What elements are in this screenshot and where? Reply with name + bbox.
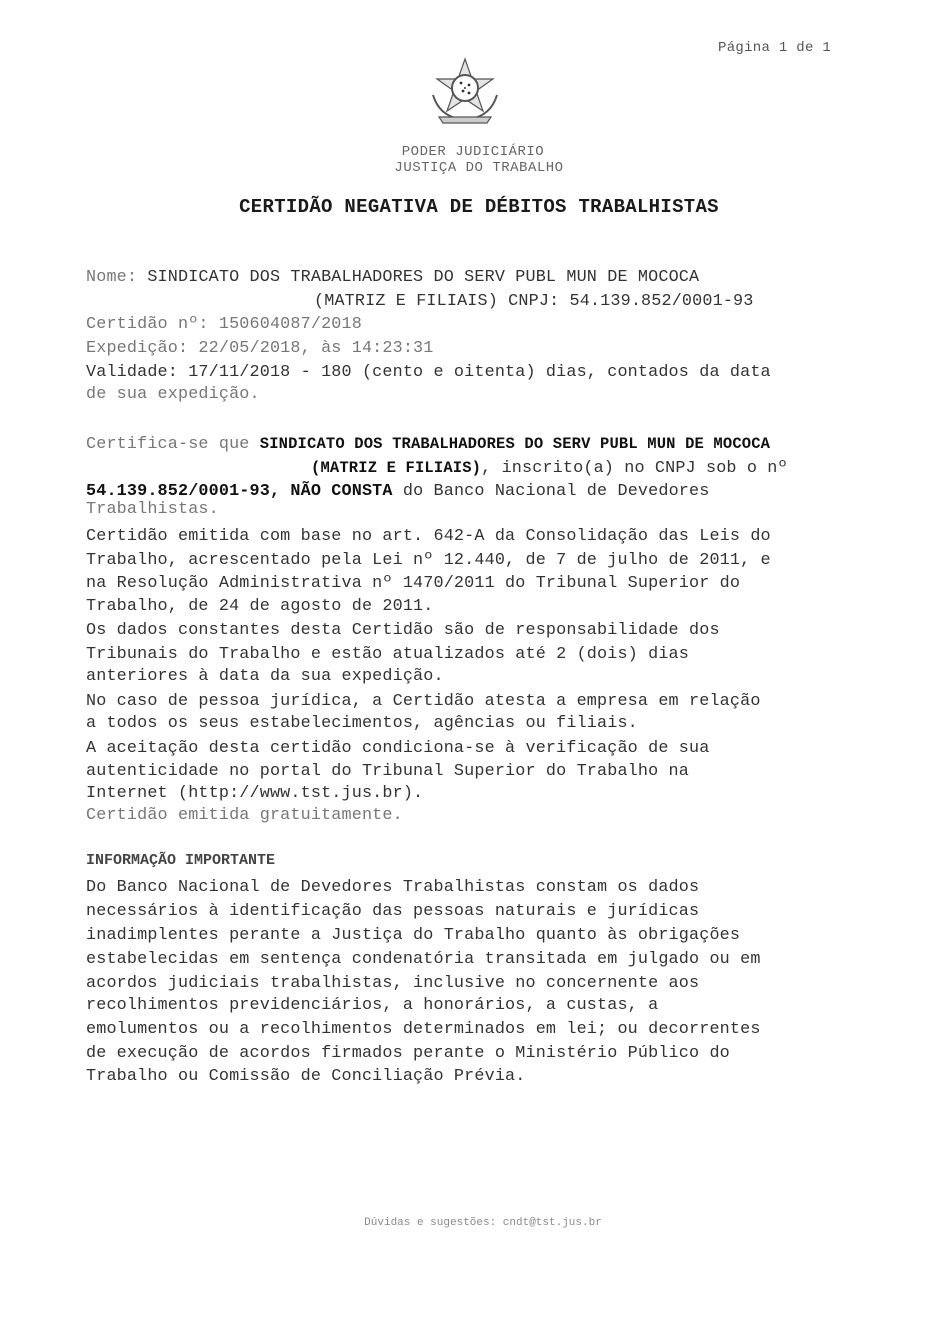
data-responsibility-line: anteriores à data da sua expedição. bbox=[86, 667, 444, 686]
authenticity-line: Internet (http://www.tst.jus.br). bbox=[86, 784, 423, 803]
legal-basis-line: Certidão emitida com base no art. 642-A … bbox=[86, 527, 771, 546]
name-field: Nome: SINDICATO DOS TRABALHADORES DO SER… bbox=[86, 268, 699, 287]
important-info-heading: INFORMAÇÃO IMPORTANTE bbox=[86, 852, 275, 869]
legal-basis-line: Trabalho, de 24 de agosto de 2011. bbox=[86, 597, 434, 616]
org-name-line1: PODER JUDICIÁRIO bbox=[0, 144, 948, 160]
name-label: Nome: bbox=[86, 268, 147, 287]
entity-suffix: (MATRIZ E FILIAIS) bbox=[311, 459, 481, 477]
certification-line2: (MATRIZ E FILIAIS), inscrito(a) no CNPJ … bbox=[311, 459, 788, 478]
legal-entity-line: No caso de pessoa jurídica, a Certidão a… bbox=[86, 692, 761, 711]
legal-entity-line: a todos os seus estabelecimentos, agênci… bbox=[86, 714, 638, 733]
validity-line2: de sua expedição. bbox=[86, 385, 260, 404]
important-info-line: Trabalho ou Comissão de Conciliação Prév… bbox=[86, 1067, 525, 1086]
certification-line4: Trabalhistas. bbox=[86, 500, 219, 519]
legal-basis-line: na Resolução Administrativa nº 1470/2011… bbox=[86, 574, 740, 593]
certification-line3: 54.139.852/0001-93, NÃO CONSTA do Banco … bbox=[86, 482, 709, 501]
data-responsibility-line: Tribunais do Trabalho e estão atualizado… bbox=[86, 645, 689, 664]
important-info-line: inadimplentes perante a Justiça do Traba… bbox=[86, 926, 740, 945]
certificate-number: Certidão nº: 150604087/2018 bbox=[86, 315, 362, 334]
data-responsibility-line: Os dados constantes desta Certidão são d… bbox=[86, 621, 720, 640]
important-info-line: de execução de acordos firmados perante … bbox=[86, 1044, 730, 1063]
page-indicator: Página 1 de 1 bbox=[718, 40, 831, 56]
important-info-line: emolumentos ou a recolhimentos determina… bbox=[86, 1020, 761, 1039]
validity-line1: Validade: 17/11/2018 - 180 (cento e oite… bbox=[86, 363, 771, 382]
certification-cnpj-intro: , inscrito(a) no CNPJ sob o nº bbox=[481, 459, 788, 478]
org-name-line2: JUSTIÇA DO TRABALHO bbox=[4, 160, 950, 176]
important-info-line: acordos judiciais trabalhistas, inclusiv… bbox=[86, 974, 699, 993]
status-badge: 54.139.852/0001-93, NÃO CONSTA bbox=[86, 482, 393, 501]
certification-line1: Certifica-se que SINDICATO DOS TRABALHAD… bbox=[86, 435, 770, 454]
important-info-line: estabelecidas em sentença condenatória t… bbox=[86, 950, 761, 969]
name-value: SINDICATO DOS TRABALHADORES DO SERV PUBL… bbox=[147, 268, 699, 287]
free-issue-note: Certidão emitida gratuitamente. bbox=[86, 806, 403, 825]
footer-contact: Dúvidas e sugestões: cndt@tst.jus.br bbox=[0, 1217, 950, 1229]
authenticity-line: autenticidade no portal do Tribunal Supe… bbox=[86, 762, 689, 781]
authenticity-line: A aceitação desta certidão condiciona-se… bbox=[86, 739, 709, 758]
important-info-line: Do Banco Nacional de Devedores Trabalhis… bbox=[86, 878, 699, 897]
entity-name: SINDICATO DOS TRABALHADORES DO SERV PUBL… bbox=[260, 435, 770, 453]
document-title: CERTIDÃO NEGATIVA DE DÉBITOS TRABALHISTA… bbox=[0, 196, 950, 218]
important-info-line: necessários à identificação das pessoas … bbox=[86, 902, 699, 921]
brazil-coat-of-arms-icon bbox=[425, 55, 505, 127]
certification-status-text: do Banco Nacional de Devedores bbox=[393, 482, 710, 501]
issue-date: Expedição: 22/05/2018, às 14:23:31 bbox=[86, 339, 434, 358]
certification-prefix: Certifica-se que bbox=[86, 435, 260, 454]
legal-basis-line: Trabalho, acrescentado pela Lei nº 12.44… bbox=[86, 551, 771, 570]
name-value-continued: (MATRIZ E FILIAIS) CNPJ: 54.139.852/0001… bbox=[314, 292, 753, 311]
important-info-line: recolhimentos previdenciários, a honorár… bbox=[86, 996, 658, 1015]
